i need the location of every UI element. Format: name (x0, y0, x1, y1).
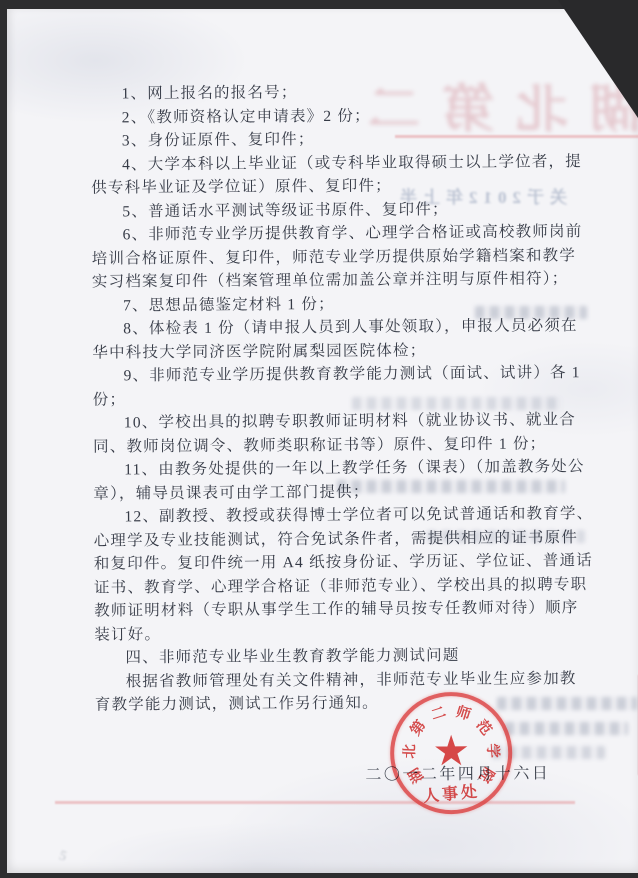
document-line: 2、《教师资格认定申请表》2 份； (91, 103, 596, 130)
document-line: 心理学及专业技能测试，符合免试条件者，需提供相应的证书原件 (94, 526, 599, 553)
star-icon: ★ (394, 727, 508, 776)
document-line: 供专科毕业证及学位证）原件、复印件； (91, 173, 596, 200)
document-line: 9、非师范专业学历提供教育教学能力测试（面试、试讲）各 1 (92, 361, 597, 388)
document-line: 证书、教育学、心理学合格证（非师范专业）、学校出具的拟聘专职 (94, 573, 599, 600)
document-line: 教师证明材料（专职从事学生工作的辅导员按专任教师对待）顺序 (94, 596, 599, 623)
document-line: 5、普通话水平测试等级证书原件、复印件； (91, 197, 596, 224)
document-line: 6、非师范专业学历提供教育学、心理学合格证或高校教师岗前 (91, 220, 596, 247)
document-line: 4、大学本科以上毕业证（或专科毕业取得硕士以上学位者，提 (91, 150, 596, 177)
document-line: 章），辅导员课表可由学工部门提供； (93, 479, 598, 506)
document-content: 1、网上报名的报名号；2、《教师资格认定申请表》2 份；3、身份证原件、复印件；… (4, 7, 638, 875)
document-line: 育教学能力测试，测试工作另行通知。 (95, 690, 600, 717)
document-line: 份； (93, 385, 598, 412)
document-line: 培训合格证原件、复印件，师范专业学历提供原始学籍档案和教学 (92, 244, 597, 271)
paper-sheet: 湖北第二 关于2012年上半 5 1、网上报名的报名号；2、《教师资格认定申请表… (7, 9, 638, 873)
seal-arc-char: 二 (427, 701, 450, 724)
document-line: 11、由教务处提供的一年以上教学任务（课表）（加盖教务处公 (93, 455, 598, 482)
document-line: 1、网上报名的报名号； (90, 79, 595, 106)
document-line: 装订好。 (94, 620, 599, 647)
document-line: 12、副教授、教授或获得博士学位者可以免试普通话和教育学、 (93, 502, 598, 529)
seal-arc-char: 师 (453, 701, 475, 723)
document-line: 和复印件。复印件统一用 A4 纸按身份证、学历证、学位证、普通话 (94, 549, 599, 576)
document-line: 四、非师范专业毕业生教育教学能力测试问题 (94, 643, 599, 670)
document-line: 8、体检表 1 份（请申报人员到人事处领取），申报人员必须在 (92, 314, 597, 341)
document-line: 根据省教师管理处有关文件精神，非师范专业毕业生应参加教 (95, 667, 600, 694)
official-seal: 湖北第二师范学院 ★ 人事处 (390, 692, 513, 815)
document-line: 7、思想品德鉴定材料 1 份； (92, 291, 597, 318)
document-line: 3、身份证原件、复印件； (91, 126, 596, 153)
scan-background: { "document": { "lines": [ {"indent": tr… (0, 0, 638, 878)
document-line: 华中科技大学同济医学院附属梨园医院体检； (92, 338, 597, 365)
document-line: 10、学校出具的拟聘专职教师证明材料（就业协议书、就业合 (93, 408, 598, 435)
document-line: 实习档案复印件（档案管理单位需加盖公章并注明与原件相符）； (92, 267, 597, 294)
document-lines: 1、网上报名的报名号；2、《教师资格认定申请表》2 份；3、身份证原件、复印件；… (90, 79, 599, 717)
document-line: 同、教师岗位调令、教师类职称证书等）原件、复印件 1 份； (93, 432, 598, 459)
